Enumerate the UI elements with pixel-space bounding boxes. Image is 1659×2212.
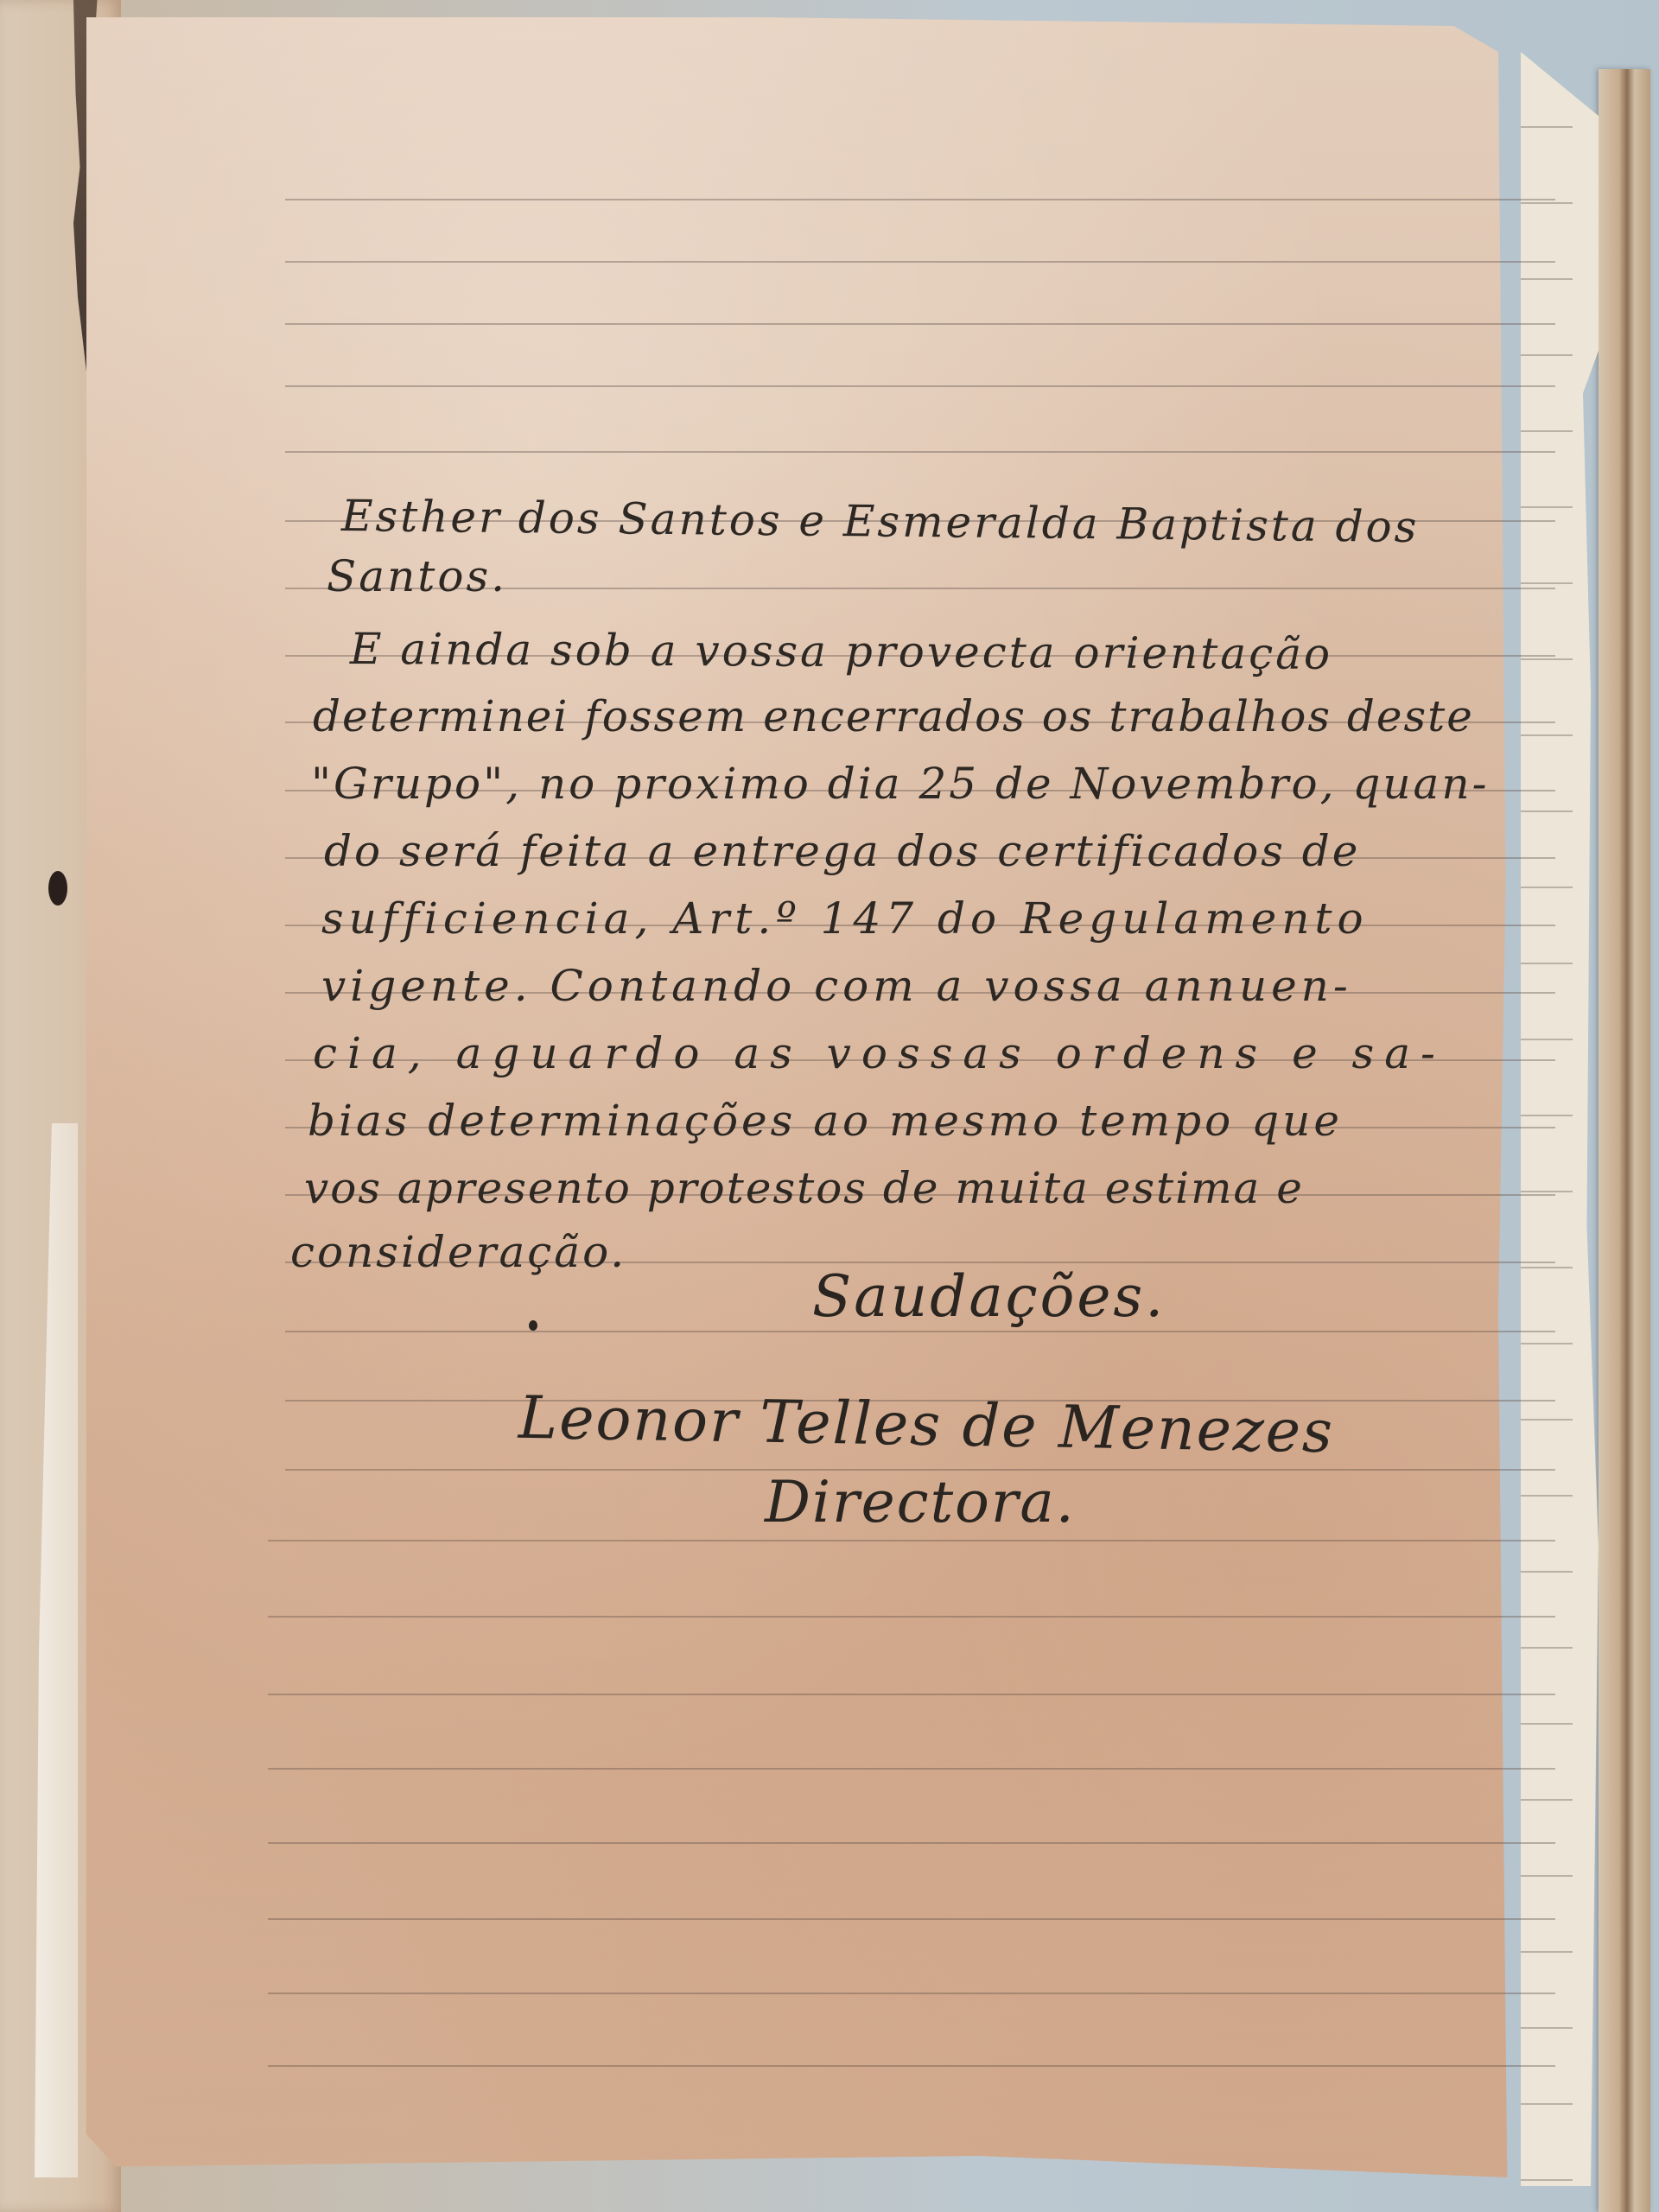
ink-dot (529, 1320, 537, 1331)
letter-line-12: consideração. (290, 1227, 626, 1277)
ruled-lines (285, 199, 1555, 2100)
letter-line-5: "Grupo", no proximo dia 25 de Novembro, … (311, 759, 1489, 809)
letter-line-6: do será feita a entrega dos certificados… (324, 826, 1360, 876)
letter-line-8: vigente. Contando com a vossa annuen- (321, 961, 1352, 1011)
binding-hole (48, 871, 67, 906)
signature-title: Directora. (765, 1469, 1076, 1535)
letter-line-10: bias determinações ao mesmo tempo que (308, 1096, 1343, 1146)
signature-name: Leonor Telles de Menezes (518, 1384, 1334, 1466)
letter-line-11: vos apresento protestos de muita estima … (304, 1163, 1304, 1213)
letter-line-9: cia, aguardo as vossas ordens e sa- (313, 1028, 1446, 1078)
letter-line-4: determinei fossem encerrados os trabalho… (313, 691, 1474, 741)
letter-line-2: Santos. (327, 551, 507, 601)
page-stack-edge (1599, 69, 1650, 2212)
closing-salutation: Saudações. (812, 1263, 1166, 1330)
letter-line-7: sufficiencia, Art.º 147 do Regulamento (321, 893, 1369, 944)
letter-line-3: E ainda sob a vossa provecta orientação (350, 624, 1332, 679)
